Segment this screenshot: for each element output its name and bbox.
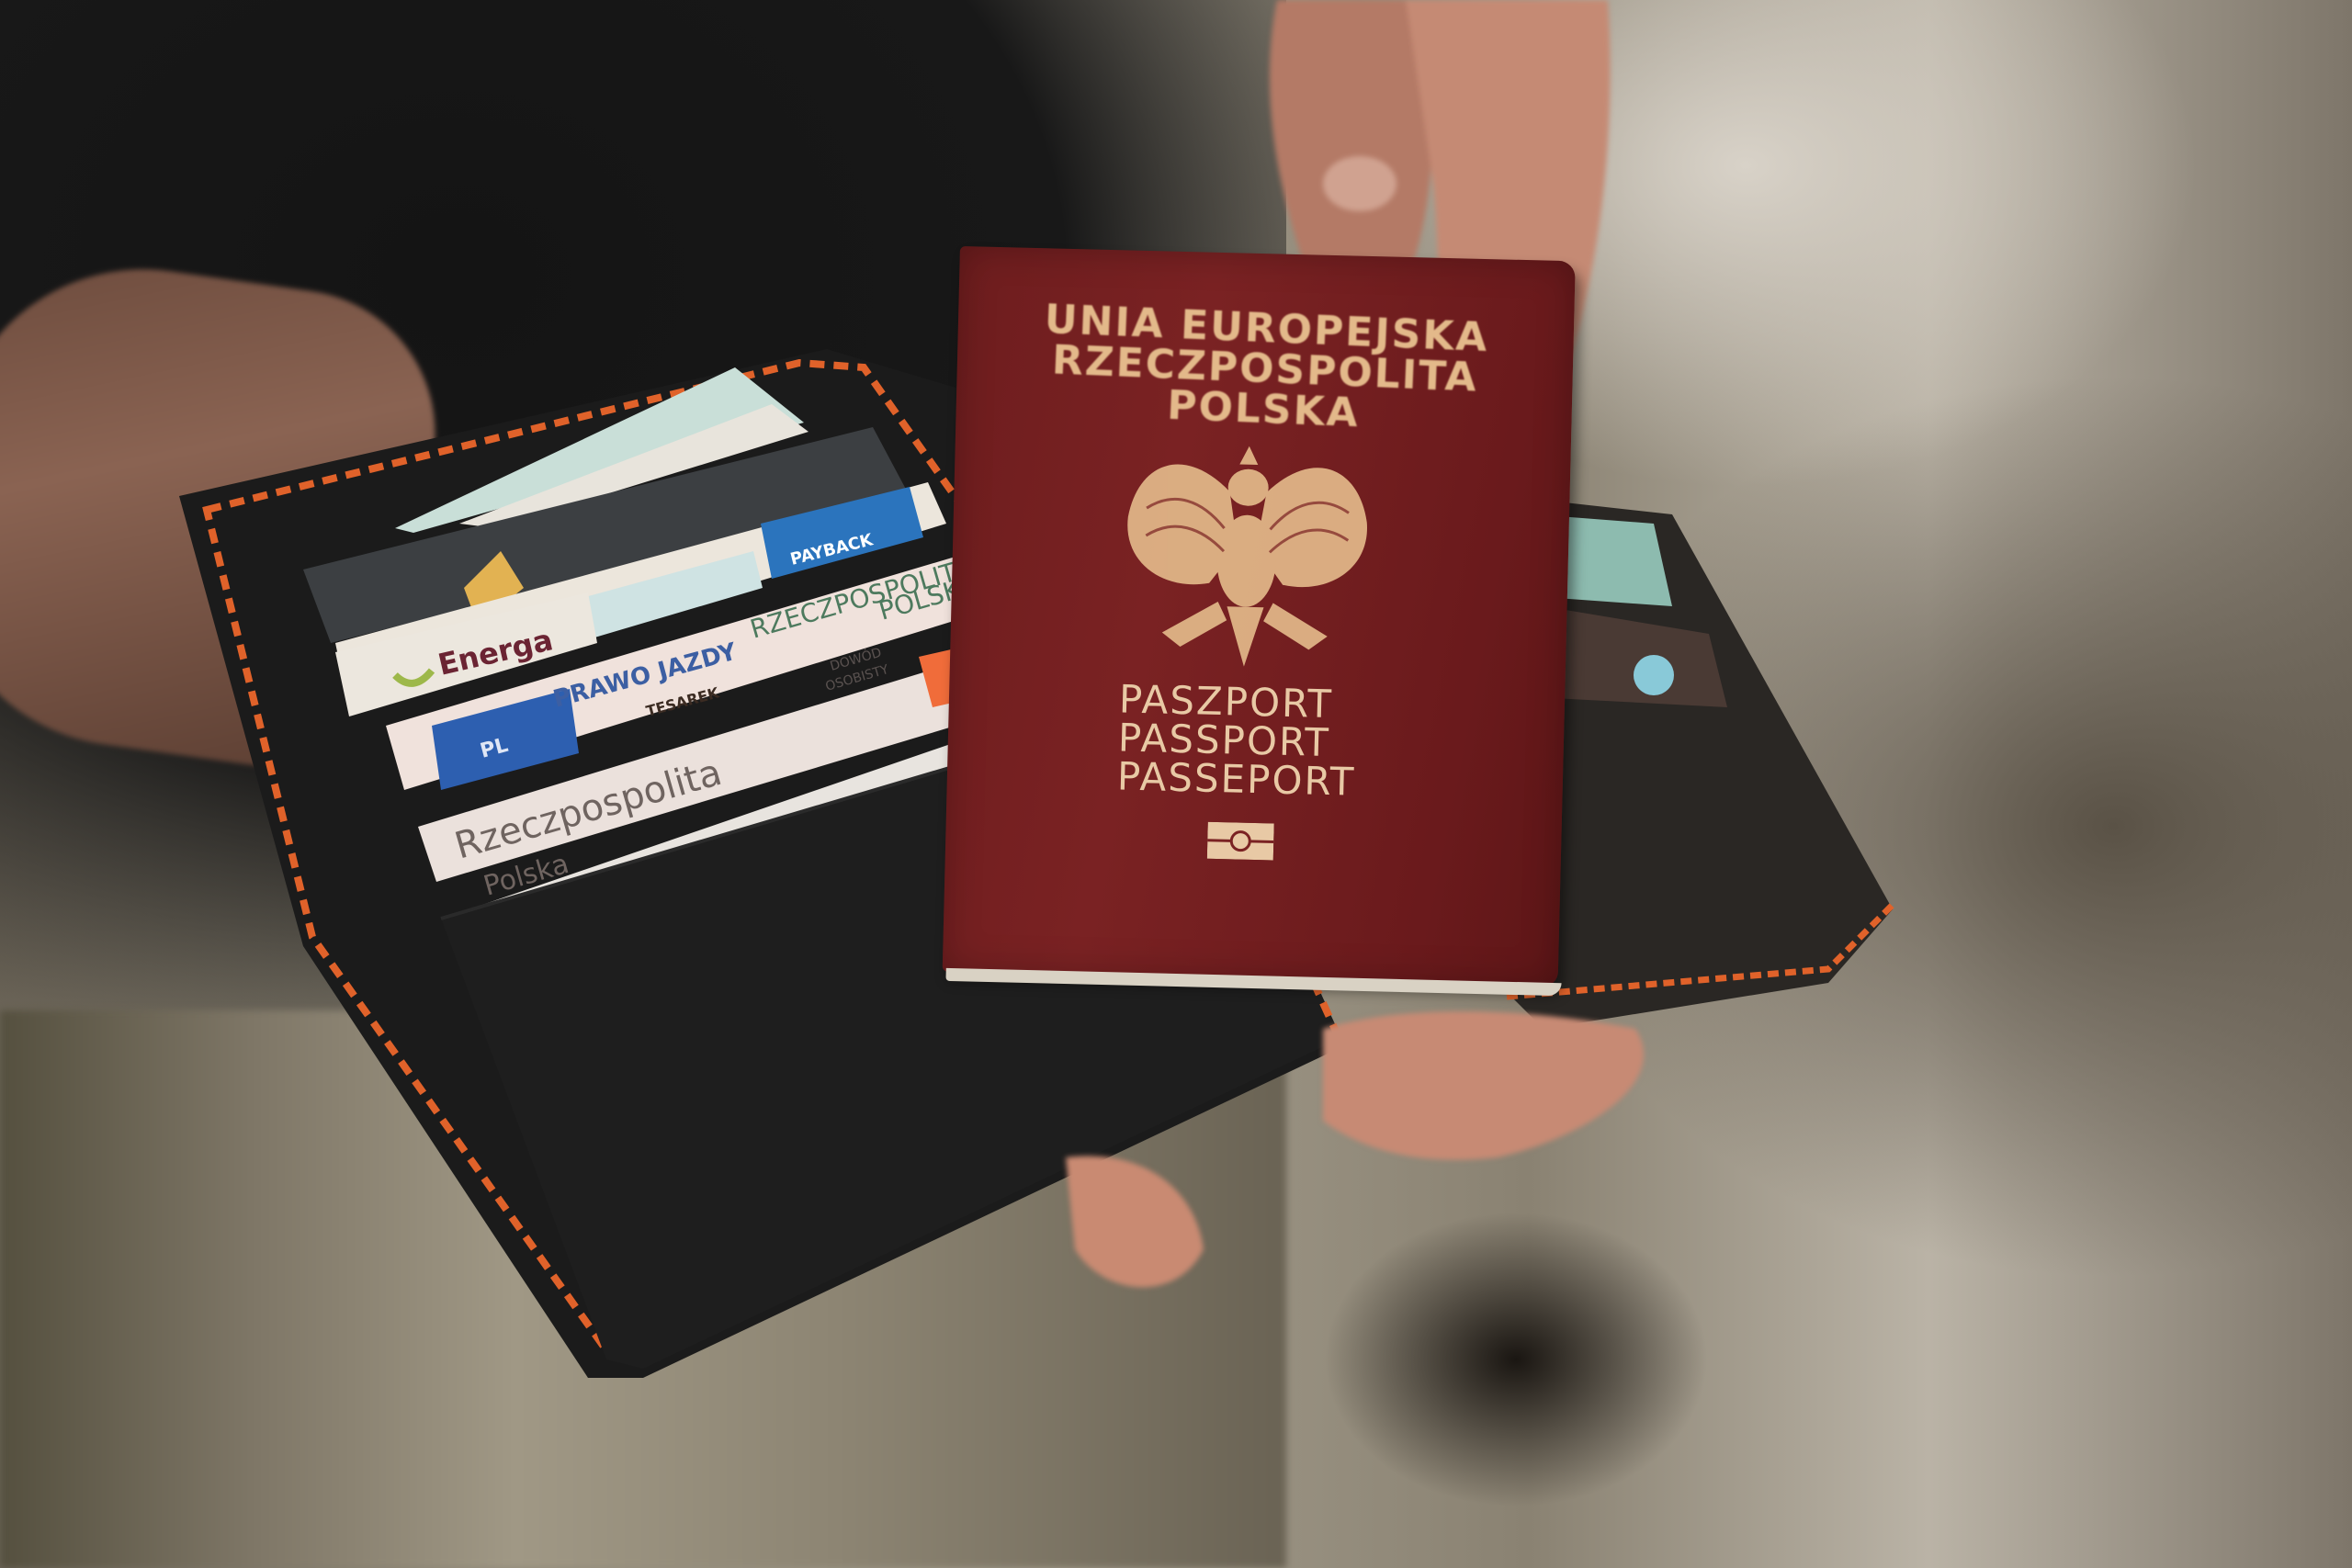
polish-passport: UNIA EUROPEJSKA RZECZPOSPOLITA POLSKA xyxy=(943,246,1576,987)
right-hand-bottom xyxy=(1066,974,1672,1304)
passport-label-fr: PASSEPORT xyxy=(1116,757,1355,801)
passport-header: UNIA EUROPEJSKA RZECZPOSPOLITA POLSKA xyxy=(955,296,1575,443)
photo-scene: PAYBACK Energa PL PRAWO JAZDY RZECZPOSPO… xyxy=(0,0,2352,1568)
biometric-chip-icon xyxy=(1207,822,1274,861)
passport-labels: PASZPORT PASSPORT PASSEPORT xyxy=(1116,680,1357,801)
white-eagle-icon xyxy=(1106,434,1387,679)
